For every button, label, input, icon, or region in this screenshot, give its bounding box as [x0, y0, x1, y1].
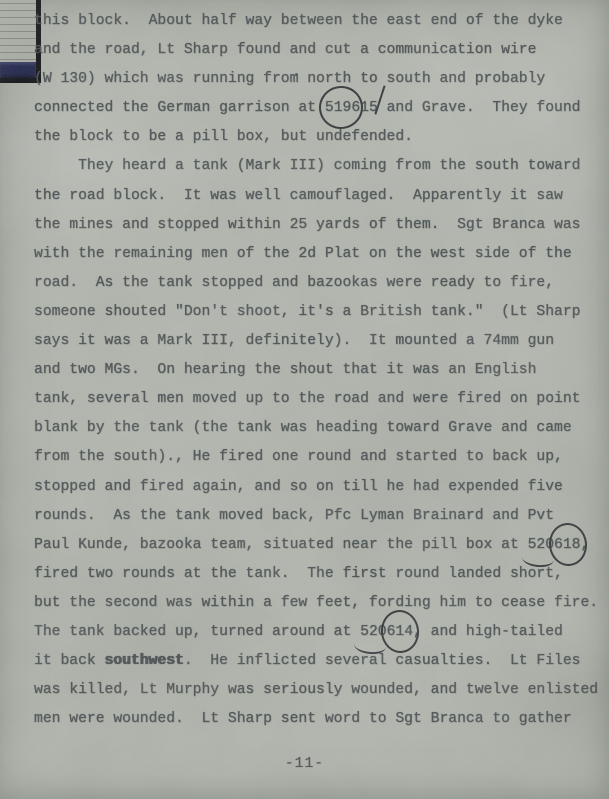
text-line: blank by the tank (the tank was heading … — [34, 414, 603, 443]
text-segment: The tank backed up, turned around at — [34, 624, 360, 640]
text-segment: but the second was within a few feet, fo… — [34, 595, 598, 611]
text-segment: and Grave. They found — [378, 100, 581, 116]
text-segment: stopped and fired again, and so on till … — [34, 479, 563, 495]
text-line: connected the German garrison at 519615 … — [34, 94, 603, 123]
text-line: the mines and stopped within 25 yards of… — [34, 211, 603, 240]
circled-coordinate: 520618 — [528, 531, 581, 560]
text-line: and two MGs. On hearing the shout that i… — [34, 356, 603, 385]
text-line: someone shouted "Don't shoot, it's a Bri… — [34, 298, 603, 327]
text-line: men were wounded. Lt Sharp sent word to … — [34, 705, 603, 734]
text-line: was killed, Lt Murphy was seriously woun… — [34, 676, 603, 705]
text-line: and the road, Lt Sharp found and cut a c… — [34, 36, 603, 65]
text-line: fired two rounds at the tank. The first … — [34, 560, 603, 589]
text-line: this block. About half way between the e… — [34, 7, 603, 36]
text-line: rounds. As the tank moved back, Pfc Lyma… — [34, 502, 603, 531]
text-line: it back southwest. He inflicted several … — [34, 647, 603, 676]
text-line: says it was a Mark III, definitely). It … — [34, 327, 603, 356]
text-segment: road. As the tank stopped and bazookas w… — [34, 275, 554, 291]
stray-ink-dot — [295, 73, 298, 76]
text-segment: the road block. It was well camouflaged.… — [34, 188, 563, 204]
text-segment: blank by the tank (the tank was heading … — [34, 420, 572, 436]
page-number: -11- — [0, 756, 609, 772]
text-segment: and two MGs. On hearing the shout that i… — [34, 362, 536, 378]
text-line: The tank backed up, turned around at 520… — [34, 618, 603, 647]
circled-coordinate: 519615 — [325, 94, 378, 123]
text-segment: Paul Kunde, bazooka team, situated near … — [34, 537, 528, 553]
text-segment: someone shouted "Don't shoot, it's a Bri… — [34, 304, 580, 320]
scanned-document-page: this block. About half way between the e… — [0, 0, 609, 799]
previous-page-fragment — [0, 0, 36, 62]
text-segment: connected the German garrison at — [34, 100, 325, 116]
text-line: from the south)., He fired one round and… — [34, 443, 603, 472]
text-segment: , and high-tailed — [413, 624, 563, 640]
text-segment: it back — [34, 653, 105, 669]
text-segment: They heard a tank (Mark III) coming from… — [34, 158, 580, 174]
text-line: but the second was within a few feet, fo… — [34, 589, 603, 618]
text-line: the road block. It was well camouflaged.… — [34, 182, 603, 211]
text-segment: was killed, Lt Murphy was seriously woun… — [34, 682, 598, 698]
text-line: tank, several men moved up to the road a… — [34, 385, 603, 414]
text-line: road. As the tank stopped and bazookas w… — [34, 269, 603, 298]
circled-coordinate: 520614 — [360, 618, 413, 647]
text-line: the block to be a pill box, but undefend… — [34, 123, 603, 152]
text-segment: rounds. As the tank moved back, Pfc Lyma… — [34, 508, 554, 524]
text-line: They heard a tank (Mark III) coming from… — [34, 152, 603, 181]
text-line: stopped and fired again, and so on till … — [34, 473, 603, 502]
document-text: this block. About half way between the e… — [34, 7, 603, 734]
text-segment: (W 130) which was running from north to … — [34, 71, 545, 87]
text-segment: the block to be a pill box, but undefend… — [34, 129, 413, 145]
text-segment: and the road, Lt Sharp found and cut a c… — [34, 42, 536, 58]
text-segment: fired two rounds at the tank. The first … — [34, 566, 563, 582]
text-segment: tank, several men moved up to the road a… — [34, 391, 580, 407]
text-segment: . He inflicted several casualties. Lt Fi… — [184, 653, 581, 669]
text-segment: says it was a Mark III, definitely). It … — [34, 333, 554, 349]
text-segment: this block. About half way between the e… — [34, 13, 563, 29]
text-segment: from the south)., He fired one round and… — [34, 449, 563, 465]
text-line: with the remaining men of the 2d Plat on… — [34, 240, 603, 269]
text-segment: southwest — [105, 653, 184, 669]
book-spine-bar — [0, 62, 36, 78]
text-line: (W 130) which was running from north to … — [34, 65, 603, 94]
text-segment: men were wounded. Lt Sharp sent word to … — [34, 711, 572, 727]
text-line: Paul Kunde, bazooka team, situated near … — [34, 531, 603, 560]
text-segment: the mines and stopped within 25 yards of… — [34, 217, 580, 233]
text-segment: with the remaining men of the 2d Plat on… — [34, 246, 572, 262]
